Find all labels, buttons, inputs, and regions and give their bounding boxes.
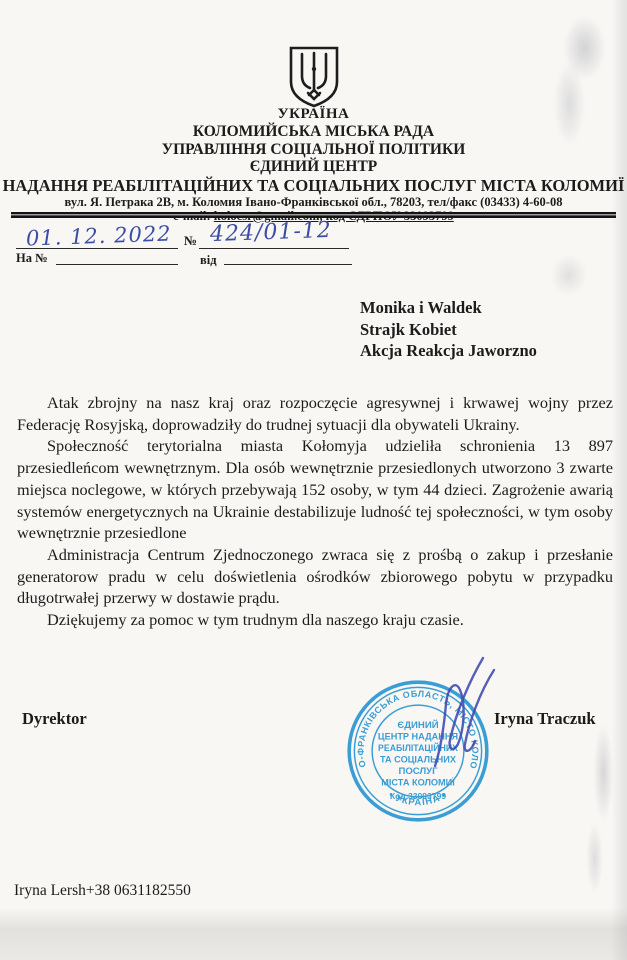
handwritten-signature (420, 652, 510, 782)
body-paragraph: Dziękujemy za pomoc w tym trudnym dla na… (17, 609, 613, 631)
svg-text:Код 33093799: Код 33093799 (390, 791, 446, 801)
scan-noise-bottom (0, 908, 627, 960)
letter-body: Atak zbrojny na nasz kraj oraz rozpoczęc… (17, 392, 613, 631)
date-underline (16, 248, 178, 249)
handwritten-date: 01. 12. 2022 (26, 221, 172, 250)
signer-role: Dyrektor (22, 709, 87, 729)
number-underline (199, 248, 349, 249)
recipient-line: Monika i Waldek (360, 297, 537, 319)
from-date-label: від (200, 253, 217, 268)
letterhead-org-line2: УПРАВЛІННЯ СОЦІАЛЬНОЇ ПОЛІТИКИ (0, 142, 627, 159)
reply-to-label: На № (16, 251, 48, 266)
recipient-line: Strajk Kobiet (360, 319, 537, 341)
letterhead-org-line1: КОЛОМИЙСЬКА МІСЬКА РАДА (0, 124, 627, 141)
body-paragraph: Atak zbrojny na nasz kraj oraz rozpoczęc… (17, 392, 613, 435)
letterhead: УКРАЇНА КОЛОМИЙСЬКА МІСЬКА РАДА УПРАВЛІН… (0, 106, 627, 223)
from-date-underline (224, 264, 352, 265)
recipient-block: Monika i Waldek Strajk Kobiet Akcja Reak… (360, 297, 537, 362)
letterhead-org-line3: ЄДИНИЙ ЦЕНТР (0, 159, 627, 176)
letterhead-address: вул. Я. Петрака 2В, м. Коломия Івано-Фра… (0, 196, 627, 209)
footer-contact: Iryna Lersh+38 0631182550 (14, 882, 191, 900)
scan-noise-mid-right (539, 240, 599, 310)
letterhead-org-line4: НАДАННЯ РЕАБІЛІТАЦІЙНИХ ТА СОЦІАЛЬНИХ ПО… (0, 177, 627, 195)
body-paragraph: Społeczność terytorialna miasta Kołomyja… (17, 435, 613, 544)
number-sign-label: № (184, 233, 197, 249)
reply-to-underline (56, 264, 178, 265)
handwritten-outgoing-number: 424/01-12 (210, 218, 333, 247)
letterhead-divider-rule (11, 212, 616, 218)
scan-noise-low-right (577, 716, 621, 906)
letterhead-country: УКРАЇНА (0, 106, 627, 122)
ukraine-trident-emblem-icon (283, 46, 345, 108)
recipient-line: Akcja Reakcja Jaworzno (360, 340, 537, 362)
scanned-letter-page: УКРАЇНА КОЛОМИЙСЬКА МІСЬКА РАДА УПРАВЛІН… (0, 0, 627, 960)
body-paragraph: Administracja Centrum Zjednoczonego zwra… (17, 544, 613, 609)
